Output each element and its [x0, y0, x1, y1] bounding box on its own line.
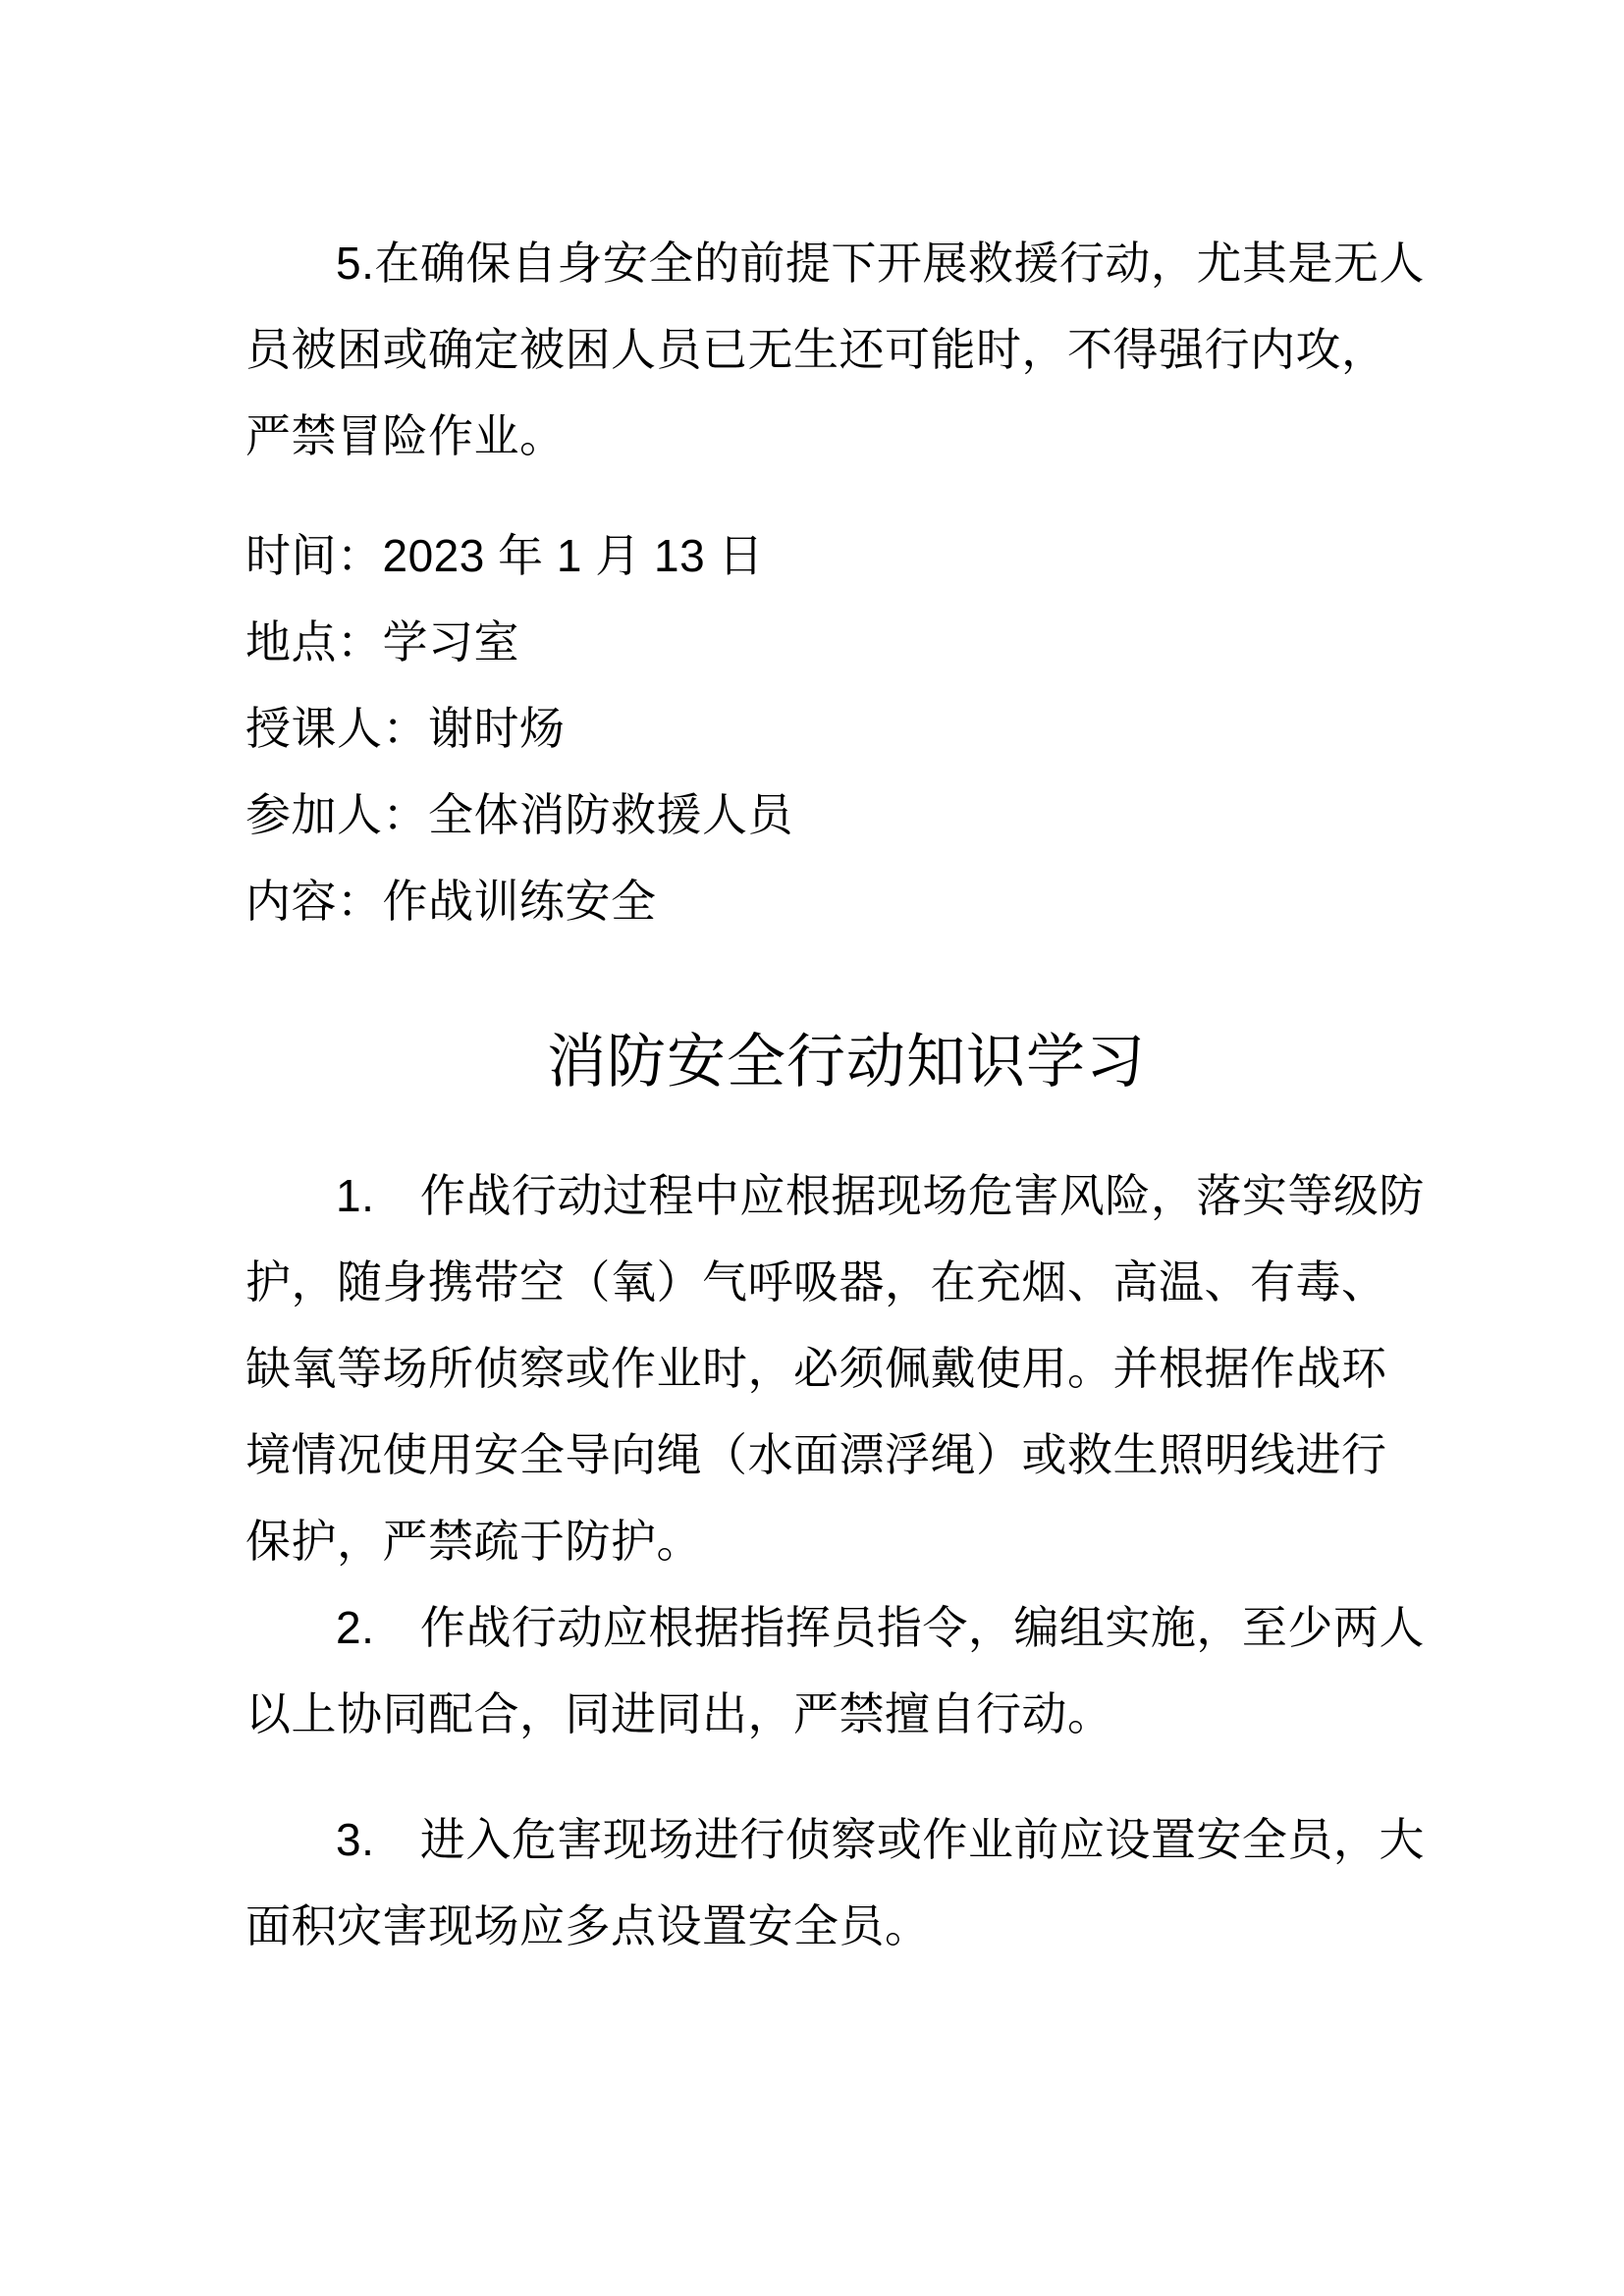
session-value: 谢时炀 [428, 703, 566, 754]
list-item: 1. 作战行动过程中应根据现场危害风险，落实等级防 护，随身携带空（氧）气呼吸器… [245, 1152, 1447, 1584]
session-row-location: 地点：学习室 [245, 599, 1447, 685]
session-value: 作战训练安全 [383, 876, 657, 927]
session-label: 时间： [245, 530, 383, 581]
session-row-time: 时间：2023 年 1 月 13 日 [245, 512, 1447, 599]
session-label: 授课人： [245, 703, 428, 754]
session-row-lecturer: 授课人：谢时炀 [245, 685, 1447, 772]
closing-paragraph: 5.在确保自身安全的前提下开展救援行动，尤其是无人 员被困或确定被困人员已无生还… [245, 220, 1447, 479]
session-value: 全体消防救援人员 [428, 789, 793, 840]
session-label: 内容： [245, 876, 383, 927]
session-row-content: 内容：作战训练安全 [245, 858, 1447, 944]
list-item: 3. 进入危害现场进行侦察或作业前应设置安全员，大 面积灾害现场应多点设置安全员… [245, 1796, 1447, 1969]
session-label: 地点： [245, 616, 383, 667]
list-item: 2. 作战行动应根据指挥员指令，编组实施，至少两人 以上协同配合，同进同出，严禁… [245, 1584, 1447, 1757]
session-row-participants: 参加人：全体消防救援人员 [245, 772, 1447, 858]
session-info-block: 时间：2023 年 1 月 13 日 地点：学习室 授课人：谢时炀 参加人：全体… [245, 512, 1447, 944]
session-value: 学习室 [383, 616, 520, 667]
page-title: 消防安全行动知识学习 [245, 1013, 1447, 1111]
session-label: 参加人： [245, 789, 428, 840]
session-value: 2023 年 1 月 13 日 [383, 530, 764, 581]
document-page: 5.在确保自身安全的前提下开展救援行动，尤其是无人 员被困或确定被困人员已无生还… [0, 0, 1624, 2296]
